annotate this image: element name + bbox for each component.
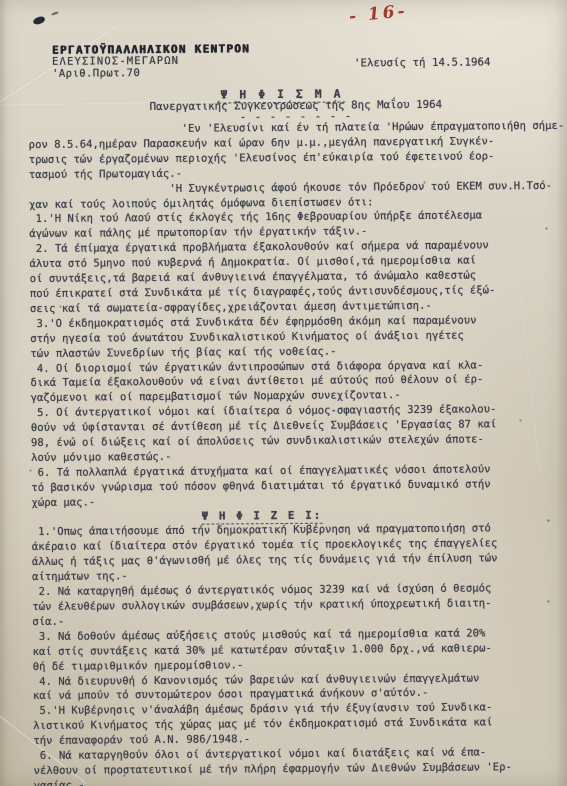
resolution-item: 1.'Οπως άπαιτήσουμε άπό τήν δημοκρατική … xyxy=(32,521,567,585)
letterhead-protocol-number: 'Αριθ.Πρωτ.70 xyxy=(52,67,250,80)
paper-specks xyxy=(0,0,1,1)
finding-item: 5. Οί άντεργατικοί νόμοι καί ίδιαίτερα ό… xyxy=(31,402,567,466)
finding-item: 2. Τά έπίμαχα έργατικά προβλήματα έξακολ… xyxy=(29,238,567,317)
resolution-item: 3. Νά δοθούν άμέσως αύξήσεις στούς μισθο… xyxy=(32,626,567,675)
scanned-document-page: - 16- ΕΡΓΑΤΟΫΠΑΛΛΗΛΙΚΟΝ ΚΕΝΤΡΟΝ ΕΛΕΥΣΙΝΟ… xyxy=(0,0,567,786)
document-body: 'Εν 'Ελευσίνι καί έν τή πλατεία 'Ηρώων έ… xyxy=(28,119,567,786)
dateline: 'Ελευσίς τή 14.5.1964 xyxy=(354,55,491,69)
finding-item: 6. Τά πολλαπλά έργατικά άτυχήματα καί οί… xyxy=(31,462,567,511)
finding-item: 3.'Ο έκδημοκρατισμός στά Συνδικάτα δέν έ… xyxy=(30,313,567,362)
intro-paragraph: 'Εν 'Ελευσίνι καί έν τή πλατεία 'Ηρώων έ… xyxy=(28,119,565,183)
letterhead: ΕΡΓΑΤΟΫΠΑΛΛΗΛΙΚΟΝ ΚΕΝΤΡΟΝ ΕΛΕΥΣΙΝΟΣ-ΜΕΓΑ… xyxy=(52,43,250,80)
resolution-item: 6. Νά καταργηθούν όλοι οί άντεργατικοί ν… xyxy=(33,745,567,786)
finding-item: 1.'Η Νίκη τού Λαού στίς έκλογές τής 16ης… xyxy=(29,208,566,242)
finding-item: 4. Οί διορισμοί τών έργατικών άντιπροσώπ… xyxy=(30,357,567,406)
resolves-heading-text: Ψ Η Φ Ι Ζ Ε Ι: xyxy=(202,508,323,524)
resolution-item: 4. Νά διευρυνθή ό Κανονισμός τών βαρειών… xyxy=(33,670,567,704)
resolution-item: 2. Νά καταργηθή άμέσως ό άντεργατικός νό… xyxy=(32,581,567,630)
document-content: ΕΡΓΑΤΟΫΠΑΛΛΗΛΙΚΟΝ ΚΕΝΤΡΟΝ ΕΛΕΥΣΙΝΟΣ-ΜΕΓΑ… xyxy=(0,0,567,786)
resolution-item: 5.'Η Κυβέρνησις ν'άναλάβη άμέσως δράσιν … xyxy=(33,700,567,749)
intro-paragraph: 'Η Συγκέντρωσις άφού ήκουσε τόν Πρόεδρον… xyxy=(29,178,566,212)
